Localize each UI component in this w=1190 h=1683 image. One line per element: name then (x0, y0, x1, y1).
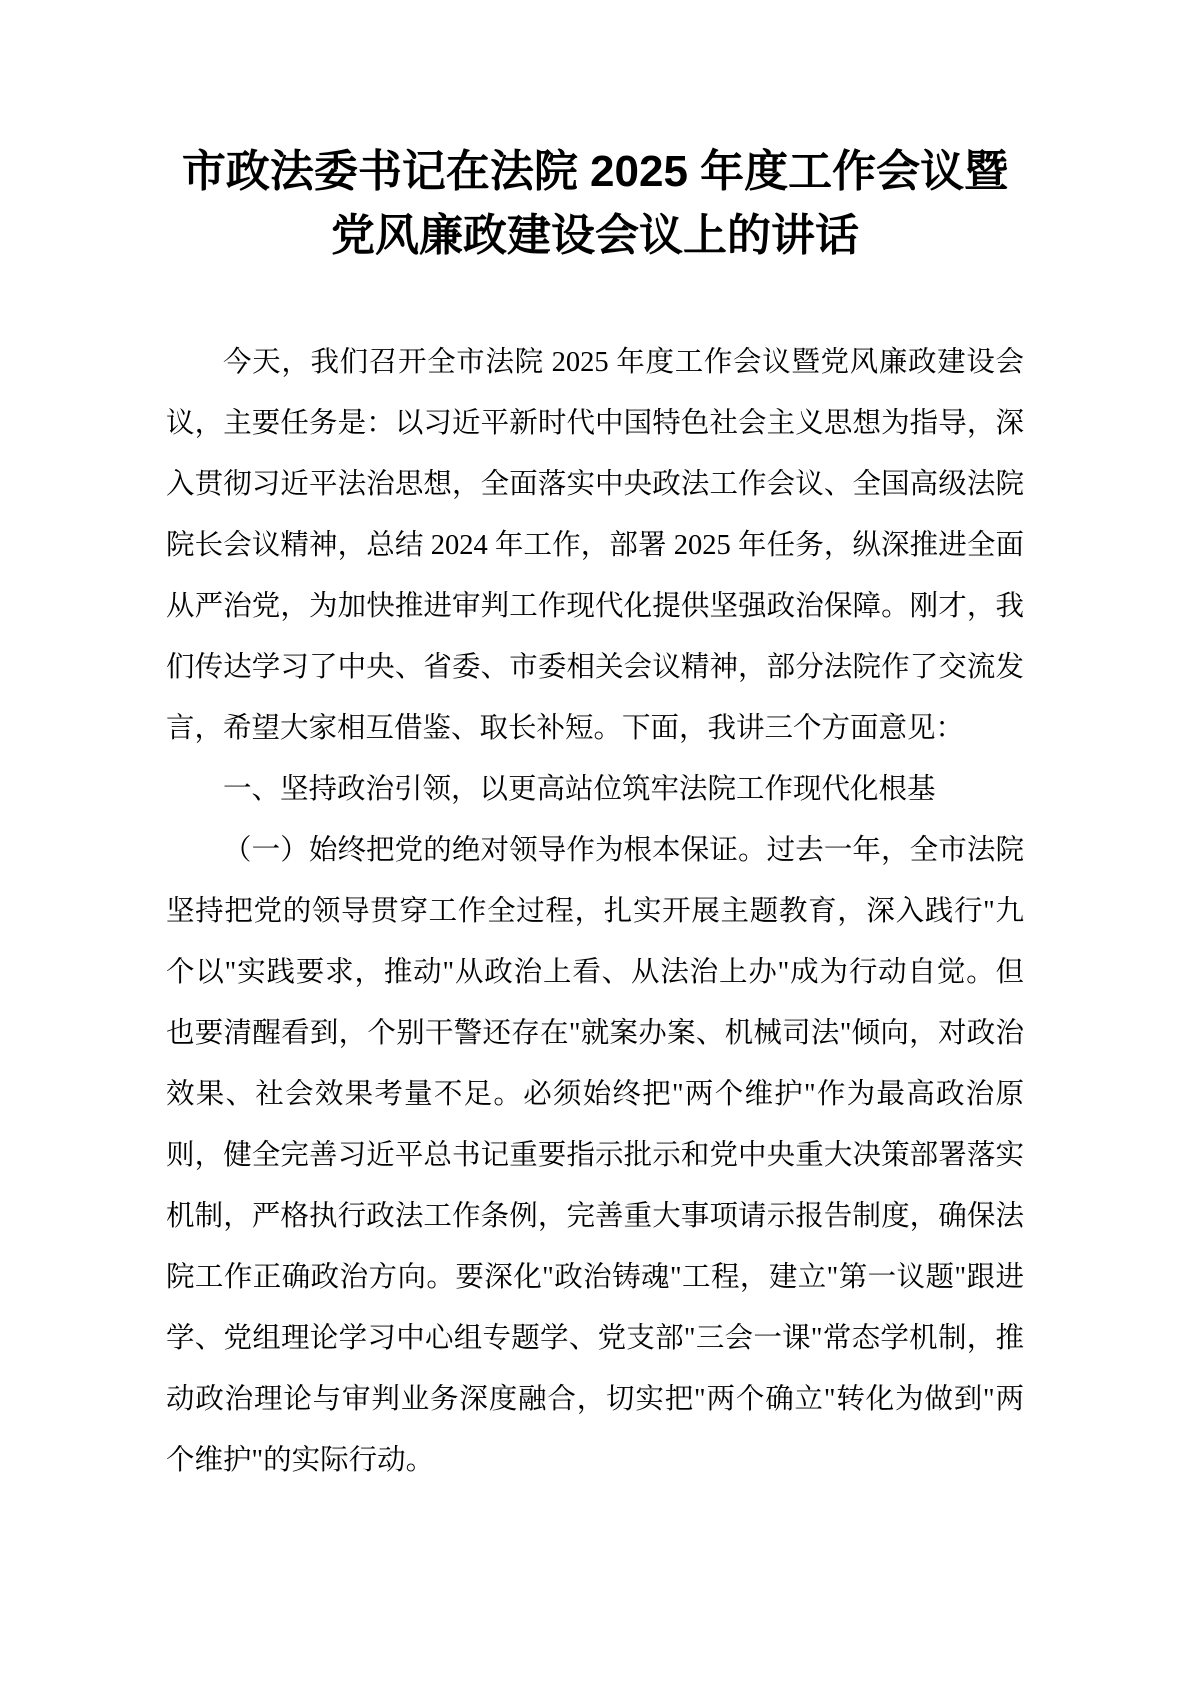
document-title-line-2: 党风廉政建设会议上的讲话 (166, 204, 1024, 268)
document-page: 市政法委书记在法院 2025 年度工作会议暨 党风廉政建设会议上的讲话 今天，我… (0, 0, 1190, 1683)
document-title-line-1: 市政法委书记在法院 2025 年度工作会议暨 (166, 140, 1024, 204)
paragraph-intro: 今天，我们召开全市法院 2025 年度工作会议暨党风廉政建设会议，主要任务是：以… (166, 332, 1024, 759)
document-body: 今天，我们召开全市法院 2025 年度工作会议暨党风廉政建设会议，主要任务是：以… (166, 332, 1024, 1491)
section-heading-1: 一、坚持政治引领，以更高站位筑牢法院工作现代化根基 (166, 759, 1024, 820)
document-title: 市政法委书记在法院 2025 年度工作会议暨 党风廉政建设会议上的讲话 (166, 140, 1024, 268)
paragraph-section-1: （一）始终把党的绝对领导作为根本保证。过去一年，全市法院坚持把党的领导贯穿工作全… (166, 820, 1024, 1491)
